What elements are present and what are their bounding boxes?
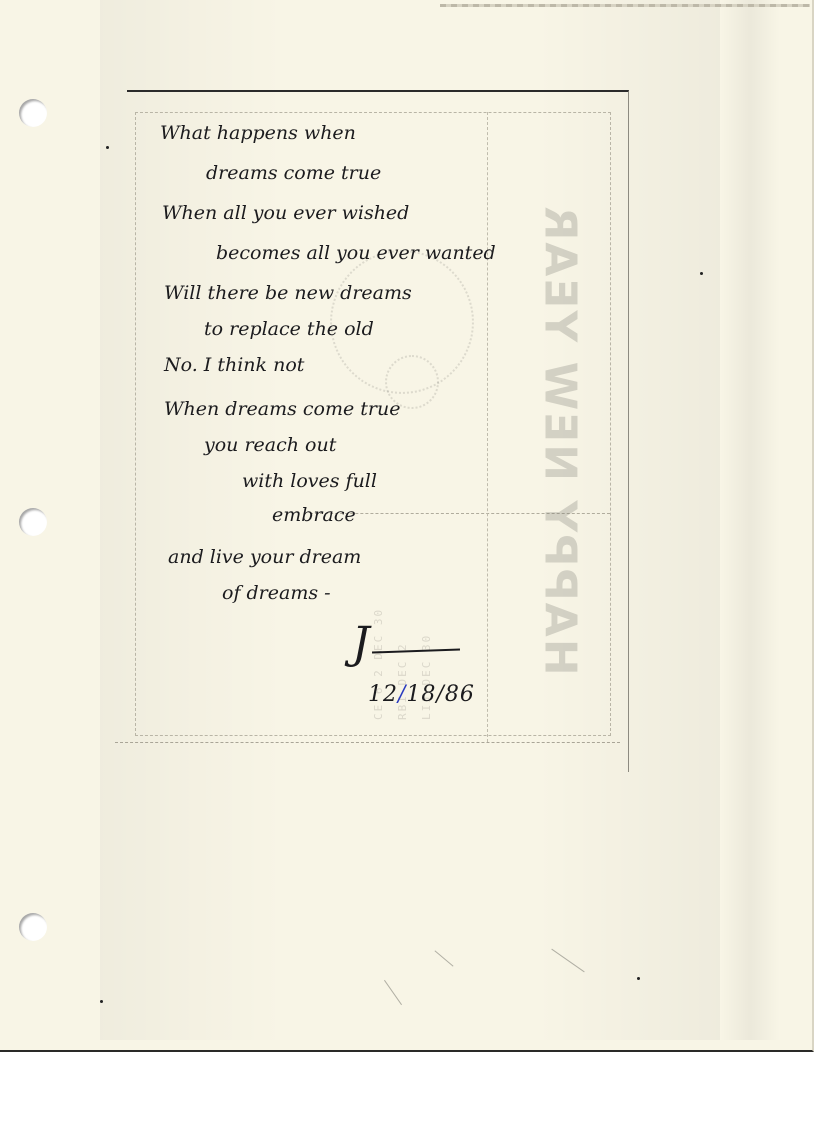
signature: J bbox=[352, 618, 370, 669]
card-bottom-edge bbox=[115, 742, 620, 744]
poem-line: dreams come true bbox=[206, 162, 381, 184]
punch-hole-bottom bbox=[19, 913, 47, 941]
poem-line: What happens when bbox=[160, 122, 356, 144]
scanned-paper-page: CE 6 2 DEC 30 RBI DEC 2 LIJ DEC 30 HAPPY… bbox=[0, 0, 814, 1052]
poem-line: to replace the old bbox=[204, 318, 374, 340]
poem-line: When dreams come true bbox=[164, 398, 401, 420]
paper-scratch bbox=[384, 980, 402, 1005]
faint-stamp-text: LIJ DEC 30 bbox=[420, 634, 433, 720]
poem-line: you reach out bbox=[204, 434, 336, 456]
date-separator: / bbox=[436, 682, 444, 707]
paper-speck bbox=[106, 146, 109, 149]
date-month: 12 bbox=[368, 682, 398, 707]
paper-scratch bbox=[434, 950, 453, 966]
paper-speck bbox=[700, 272, 703, 275]
poem-line: When all you ever wished bbox=[162, 202, 409, 224]
reversed-bleed-through-text: HAPPY NEW YEAR bbox=[535, 204, 586, 675]
date-day: 18 bbox=[406, 682, 436, 707]
paper-scratch bbox=[551, 949, 584, 973]
poem-line: becomes all you ever wanted bbox=[216, 242, 496, 264]
paper-top-edge bbox=[440, 4, 810, 7]
handwritten-date: 12/18/86 bbox=[368, 682, 475, 707]
punch-hole-top bbox=[19, 99, 47, 127]
poem-line: embrace bbox=[272, 504, 356, 526]
poem-line: No. I think not bbox=[164, 354, 304, 376]
date-year: 86 bbox=[445, 682, 475, 707]
poem-line: Will there be new dreams bbox=[164, 282, 412, 304]
paper-speck bbox=[100, 1000, 103, 1003]
poem-line: and live your dream bbox=[168, 546, 361, 568]
card-fold-vertical bbox=[487, 112, 489, 742]
scan-shadow-band bbox=[720, 0, 780, 1040]
punch-hole-middle bbox=[19, 508, 47, 536]
poem-line: with loves full bbox=[242, 470, 377, 492]
poem-line: of dreams - bbox=[222, 582, 331, 604]
paper-speck bbox=[637, 977, 640, 980]
